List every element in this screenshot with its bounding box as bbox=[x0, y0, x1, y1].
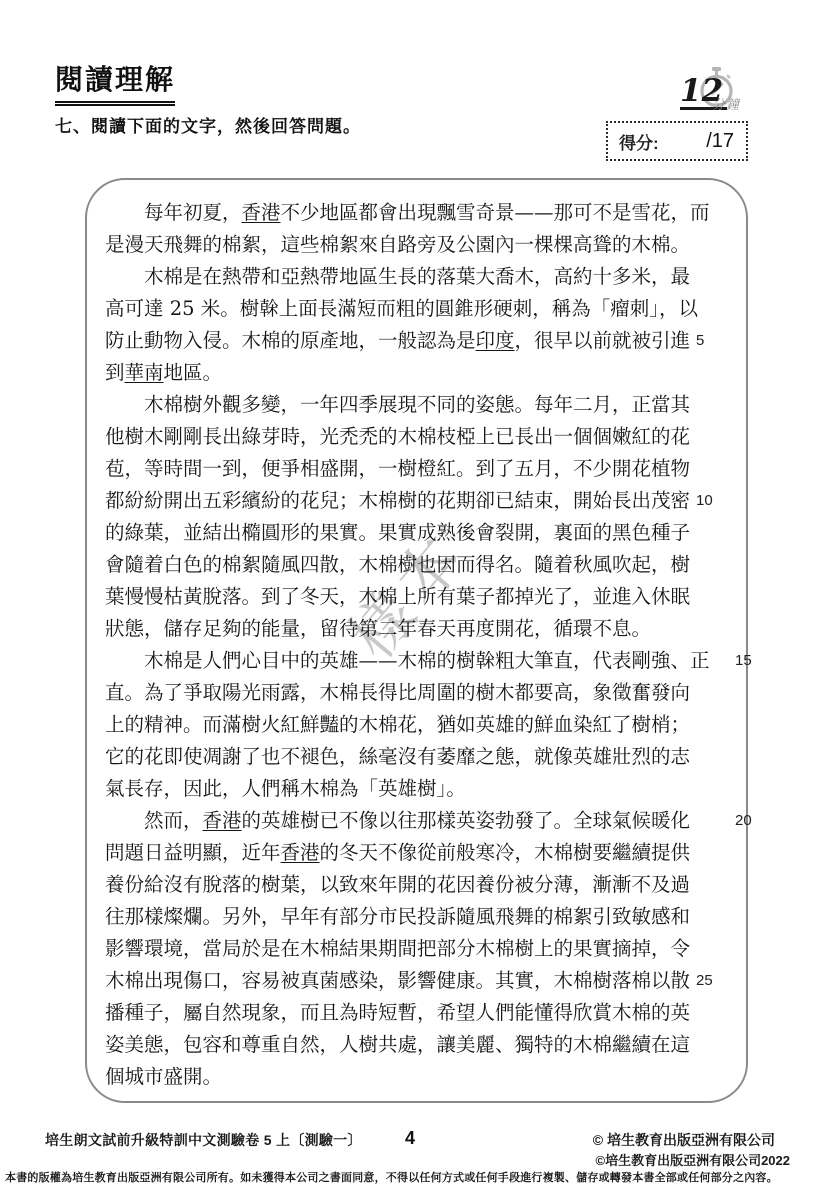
footer-legal-notice: 本書的版權為培生教育出版亞洲有限公司所有。如未獲得本公司之書面同意，不得以任何方… bbox=[5, 1169, 820, 1185]
passage-line: 直。為了爭取陽光雨露，木棉長得比周圍的樹木都要高，象徵奮發向 bbox=[105, 677, 690, 709]
footer: 4 培生朗文試前升級特訓中文測驗卷 5 上〔測驗一〕 © 培生教育出版亞洲有限公… bbox=[0, 1128, 820, 1150]
passage-line-text: 然而，香港的英雄樹已不像以往那樣英姿勃發了。全球氣候暖化 bbox=[144, 809, 690, 832]
score-value: /17 bbox=[706, 130, 734, 153]
passage-line: 問題日益明顯，近年香港的冬天不像從前般寒冷，木棉樹要繼續提供 bbox=[105, 837, 690, 869]
passage-line-text: 防止動物入侵。木棉的原產地，一般認為是印度，很早以前就被引進 bbox=[105, 329, 690, 352]
line-number: 15 bbox=[696, 645, 736, 677]
passage-line: 葉慢慢枯黃脫落。到了冬天，木棉上所有葉子都掉光了，並進入休眠 bbox=[105, 581, 690, 613]
passage-line-text: 個城市盛開。 bbox=[105, 1065, 222, 1088]
passage-line: 他樹木剛剛長出綠芽時，光禿禿的木棉枝椏上已長出一個個嫩紅的花 bbox=[105, 421, 690, 453]
passage-line-text: 都紛紛開出五彩繽紛的花兒；木棉樹的花期卻已結束，開始長出茂密 bbox=[105, 489, 690, 512]
passage-line-text: 直。為了爭取陽光雨露，木棉長得比周圍的樹木都要高，象徵奮發向 bbox=[105, 681, 690, 704]
passage-line: 然而，香港的英雄樹已不像以往那樣英姿勃發了。全球氣候暖化20 bbox=[105, 805, 690, 837]
page-title: 閱讀理解 bbox=[55, 58, 175, 106]
passage-line-text: 問題日益明顯，近年香港的冬天不像從前般寒冷，木棉樹要繼續提供 bbox=[105, 841, 690, 864]
passage-line: 它的花即使凋謝了也不褪色，絲毫沒有萎靡之態，就像英雄壯烈的志 bbox=[105, 741, 690, 773]
timer: 12 分鐘 bbox=[672, 66, 782, 116]
passage-line: 防止動物入侵。木棉的原產地，一般認為是印度，很早以前就被引進5 bbox=[105, 325, 690, 357]
line-number: 5 bbox=[696, 325, 736, 357]
passage-line: 養份給沒有脫落的樹葉，以致來年開的花因養份被分薄，漸漸不及過 bbox=[105, 869, 690, 901]
line-number: 20 bbox=[696, 805, 736, 837]
passage-line-text: 葉慢慢枯黃脫落。到了冬天，木棉上所有葉子都掉光了，並進入休眠 bbox=[105, 585, 690, 608]
passage-line-text: 高可達 25 米。樹榦上面長滿短而粗的圓錐形硬刺，稱為「瘤刺」，以 bbox=[105, 297, 698, 320]
passage-line: 木棉樹外觀多變，一年四季展現不同的姿態。每年二月，正當其 bbox=[105, 389, 690, 421]
timer-unit: 分鐘 bbox=[712, 94, 740, 113]
passage-line: 都紛紛開出五彩繽紛的花兒；木棉樹的花期卻已結束，開始長出茂密10 bbox=[105, 485, 690, 517]
passage-line-text: 氣長存，因此，人們稱木棉為「英雄樹」。 bbox=[105, 777, 466, 800]
passage-line-text: 會隨着白色的棉絮隨風四散，木棉樹也因而得名。隨着秋風吹起，樹 bbox=[105, 553, 690, 576]
passage-line: 木棉出現傷口，容易被真菌感染，影響健康。其實，木棉樹落棉以散25 bbox=[105, 965, 690, 997]
passage-line: 是漫天飛舞的棉絮，這些棉絮來自路旁及公園內一棵棵高聳的木棉。 bbox=[105, 229, 690, 261]
passage-line: 高可達 25 米。樹榦上面長滿短而粗的圓錐形硬刺，稱為「瘤刺」，以 bbox=[105, 293, 690, 325]
footer-book-title: 培生朗文試前升級特訓中文測驗卷 5 上〔測驗一〕 bbox=[45, 1130, 362, 1150]
passage-line-text: 姿美態，包容和尊重自然，人樹共處，讓美麗、獨特的木棉繼續在這 bbox=[105, 1033, 690, 1056]
passage-line-text: 是漫天飛舞的棉絮，這些棉絮來自路旁及公園內一棵棵高聳的木棉。 bbox=[105, 233, 690, 256]
footer-copyright: © 培生教育出版亞洲有限公司 bbox=[593, 1130, 775, 1150]
passage-line: 狀態，儲存足夠的能量，留待第二年春天再度開花，循環不息。 bbox=[105, 613, 690, 645]
passage-line: 上的精神。而滿樹火紅鮮豔的木棉花，猶如英雄的鮮血染紅了樹梢； bbox=[105, 709, 690, 741]
passage-line-text: 每年初夏，香港不少地區都會出現飄雪奇景——那可不是雪花，而 bbox=[144, 201, 710, 224]
passage-line-text: 他樹木剛剛長出綠芽時，光禿禿的木棉枝椏上已長出一個個嫩紅的花 bbox=[105, 425, 690, 448]
passage-line: 苞，等時間一到，便爭相盛開，一樹橙紅。到了五月，不少開花植物 bbox=[105, 453, 690, 485]
passage-line-text: 播種子，屬自然現象，而且為時短暫，希望人們能懂得欣賞木棉的英 bbox=[105, 1001, 690, 1024]
passage-line-text: 木棉樹外觀多變，一年四季展現不同的姿態。每年二月，正當其 bbox=[144, 393, 690, 416]
passage-line: 往那樣燦爛。另外，早年有部分市民投訴隨風飛舞的棉絮引致敏感和 bbox=[105, 901, 690, 933]
passage-line-text: 的綠葉，並結出橢圓形的果實。果實成熟後會裂開，裏面的黑色種子 bbox=[105, 521, 690, 544]
passage-box: 每年初夏，香港不少地區都會出現飄雪奇景——那可不是雪花，而是漫天飛舞的棉絮，這些… bbox=[85, 178, 748, 1103]
line-number: 25 bbox=[696, 965, 736, 997]
passage-line: 木棉是在熱帶和亞熱帶地區生長的落葉大喬木，高約十多米，最 bbox=[105, 261, 690, 293]
footer-copyright-year: ©培生教育出版亞洲有限公司2022 bbox=[596, 1150, 791, 1169]
passage-line-text: 木棉是人們心目中的英雄——木棉的樹榦粗大筆直，代表剛強、正 bbox=[144, 649, 710, 672]
passage-line-text: 上的精神。而滿樹火紅鮮豔的木棉花，猶如英雄的鮮血染紅了樹梢； bbox=[105, 713, 690, 736]
passage-line-text: 苞，等時間一到，便爭相盛開，一樹橙紅。到了五月，不少開花植物 bbox=[105, 457, 690, 480]
passage-line: 每年初夏，香港不少地區都會出現飄雪奇景——那可不是雪花，而 bbox=[105, 197, 690, 229]
passage-line: 姿美態，包容和尊重自然，人樹共處，讓美麗、獨特的木棉繼續在這 bbox=[105, 1029, 690, 1061]
passage-line-text: 木棉出現傷口，容易被真菌感染，影響健康。其實，木棉樹落棉以散 bbox=[105, 969, 690, 992]
passage-line-text: 木棉是在熱帶和亞熱帶地區生長的落葉大喬木，高約十多米，最 bbox=[144, 265, 690, 288]
passage-line: 木棉是人們心目中的英雄——木棉的樹榦粗大筆直，代表剛強、正15 bbox=[105, 645, 690, 677]
worksheet-page: { "colors": { "box_border": "#8a8a8a", "… bbox=[0, 0, 820, 1200]
score-box: 得分: /17 bbox=[606, 121, 748, 161]
line-number: 10 bbox=[696, 485, 736, 517]
passage-line: 個城市盛開。 bbox=[105, 1061, 690, 1093]
passage-line-text: 它的花即使凋謝了也不褪色，絲毫沒有萎靡之態，就像英雄壯烈的志 bbox=[105, 745, 690, 768]
passage-lines: 每年初夏，香港不少地區都會出現飄雪奇景——那可不是雪花，而是漫天飛舞的棉絮，這些… bbox=[105, 197, 690, 1093]
passage-line: 影響環境，當局於是在木棉結果期間把部分木棉樹上的果實摘掉，令 bbox=[105, 933, 690, 965]
passage-line-text: 養份給沒有脫落的樹葉，以致來年開的花因養份被分薄，漸漸不及過 bbox=[105, 873, 690, 896]
passage-line-text: 影響環境，當局於是在木棉結果期間把部分木棉樹上的果實摘掉，令 bbox=[105, 937, 690, 960]
passage-line: 到華南地區。 bbox=[105, 357, 690, 389]
passage-line-text: 往那樣燦爛。另外，早年有部分市民投訴隨風飛舞的棉絮引致敏感和 bbox=[105, 905, 690, 928]
score-label: 得分: bbox=[619, 129, 659, 154]
passage-line-text: 到華南地區。 bbox=[105, 361, 222, 384]
section-instruction: 七、閱讀下面的文字，然後回答問題。 bbox=[55, 112, 361, 137]
passage-line: 的綠葉，並結出橢圓形的果實。果實成熟後會裂開，裏面的黑色種子 bbox=[105, 517, 690, 549]
passage-line: 氣長存，因此，人們稱木棉為「英雄樹」。 bbox=[105, 773, 690, 805]
passage-line: 播種子，屬自然現象，而且為時短暫，希望人們能懂得欣賞木棉的英 bbox=[105, 997, 690, 1029]
passage-line-text: 狀態，儲存足夠的能量，留待第二年春天再度開花，循環不息。 bbox=[105, 617, 651, 640]
passage-line: 會隨着白色的棉絮隨風四散，木棉樹也因而得名。隨着秋風吹起，樹 bbox=[105, 549, 690, 581]
